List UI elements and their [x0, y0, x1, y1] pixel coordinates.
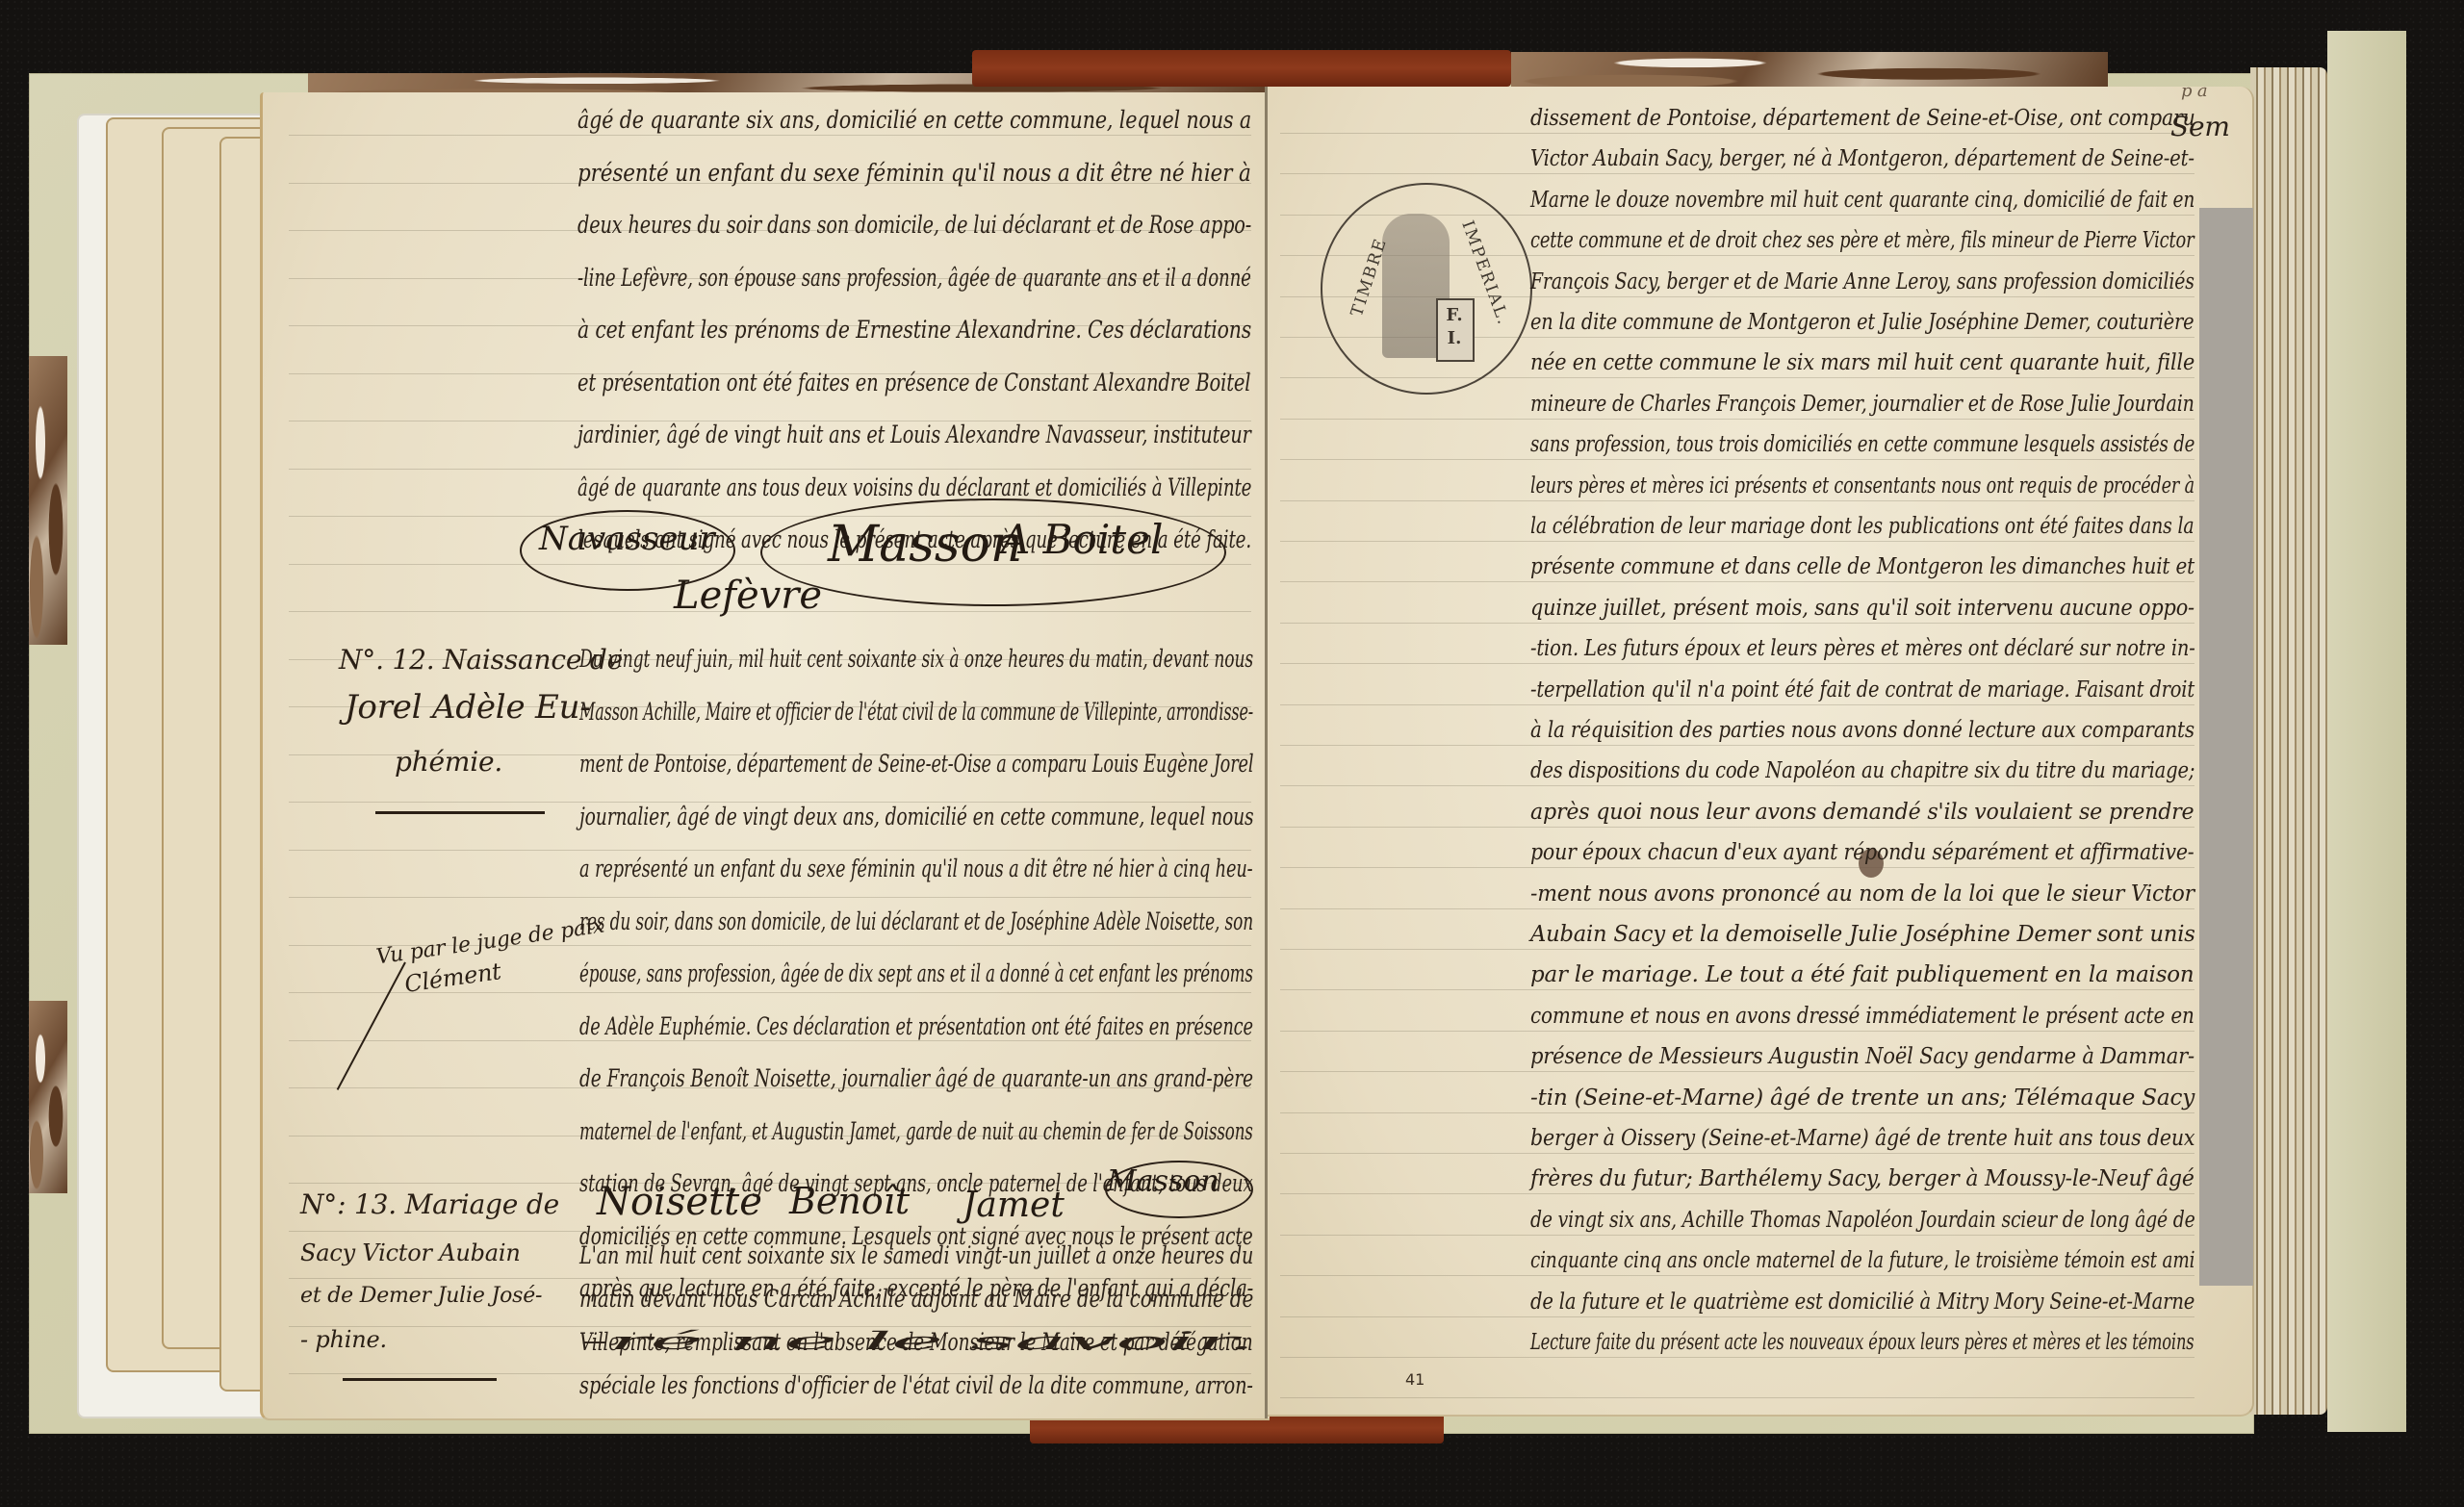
ruled-line [1280, 1316, 2194, 1317]
left-continuation-line: deux heures du soir dans son domicile, d… [577, 213, 1251, 237]
signature-jamet: Jamet [962, 1186, 1065, 1225]
entry-13-separator [343, 1378, 497, 1381]
entry-13-body-line: matin devant nous Carcan Achille adjoint… [579, 1287, 1253, 1311]
entry-13-name-line-1: Sacy Victor Aubain [300, 1241, 521, 1264]
signature-navasseur: Navasseur [539, 520, 715, 558]
entry-12-body-line: res du soir, dans son domicile, de lui d… [579, 909, 1253, 933]
ruled-line [1280, 908, 2194, 909]
ruled-line [1280, 1112, 2194, 1113]
right-page-line: leurs pères et mères ici présents et con… [1530, 475, 2194, 498]
entry-12-separator [375, 811, 545, 814]
right-page-line: Aubain Sacy et la demoiselle Julie Josép… [1530, 924, 2195, 946]
right-page-line: -ment nous avons prononcé au nom de la l… [1530, 883, 2194, 906]
signature-benoit: Benoît [789, 1180, 910, 1222]
folio-mark-note: p a [2181, 83, 2207, 100]
right-page-line: après quoi nous leur avons demandé s'ils… [1530, 802, 2194, 824]
left-continuation-line: présenté un enfant du sexe féminin qu'il… [577, 161, 1251, 185]
signature-noisette: Noisette [597, 1180, 762, 1224]
marbled-corner-left [29, 356, 67, 645]
right-page-line: quinze juillet, présent mois, sans qu'il… [1530, 598, 2194, 620]
ruled-line [1280, 827, 2194, 828]
entry-12-body-line: maternel de l'enfant, et Augustin Jamet,… [579, 1119, 1253, 1143]
ruled-line [1280, 949, 2194, 950]
right-page-line: -tin (Seine-et-Marne) âgé de trente un a… [1530, 1087, 2194, 1110]
entry-13-name-line-3: - phine. [300, 1328, 387, 1351]
ruled-line [1280, 1153, 2194, 1154]
ruled-line [289, 135, 1251, 136]
right-page-line: -tion. Les futurs époux et leurs pères e… [1530, 638, 2195, 660]
ruled-line [1280, 623, 2194, 624]
ruled-line [1280, 989, 2194, 990]
right-page-line: présente commune et dans celle de Montge… [1530, 556, 2194, 578]
right-page-line: Marne le douze novembre mil huit cent qu… [1530, 190, 2194, 212]
entry-12-name-line-1: Jorel Adèle Eu- [345, 691, 591, 724]
entry-12-body-line: de François Benoît Noisette, journalier … [579, 1066, 1253, 1090]
ruled-line [1280, 133, 2194, 134]
ruled-line [1280, 1193, 2194, 1194]
ruled-line [1280, 459, 2194, 460]
marbled-corner-top-right [1511, 52, 2108, 89]
left-continuation-line: jardinier, âgé de vingt huit ans et Loui… [577, 422, 1251, 447]
entry-12-body-line: journalier, âgé de vingt deux ans, domic… [579, 805, 1254, 829]
right-page-line: la célébration de leur mariage dont les … [1530, 516, 2194, 538]
right-page-line: cinquante cinq ans oncle maternel de la … [1530, 1250, 2194, 1272]
ruled-line [1280, 785, 2194, 786]
mount-right-edge [2327, 31, 2406, 1432]
left-continuation-line: -line Lefèvre, son épouse sans professio… [577, 266, 1251, 290]
entry-13-body-line: Villepinte, remplissant en l'absence de … [579, 1330, 1253, 1354]
timbre-imperial-stamp: TIMBRE IMPERIAL. F. I. [1321, 183, 1532, 395]
right-page-line: née en cette commune le six mars mil hui… [1530, 352, 2194, 374]
right-page-line: de vingt six ans, Achille Thomas Napoléo… [1530, 1210, 2195, 1232]
ruled-line [289, 1040, 1251, 1041]
folio-mark: Sem [2170, 114, 2230, 140]
ruled-line [1280, 745, 2194, 746]
right-page-line: frères du futur; Barthélemy Sacy, berger… [1530, 1168, 2194, 1190]
signature-lefevre: Lefèvre [674, 574, 822, 618]
signature-boitel: A Boitel [1001, 516, 1163, 563]
marbled-corner-left-bottom [29, 1001, 67, 1193]
signature-masson: Masson [828, 516, 1022, 574]
ruled-line [1280, 1235, 2194, 1236]
ruled-line [1280, 581, 2194, 582]
right-page-line: François Sacy, berger et de Marie Anne L… [1530, 271, 2194, 294]
right-page-line: en la dite commune de Montgeron et Julie… [1530, 312, 2194, 334]
ruled-line [1280, 663, 2194, 664]
right-page-line: pour époux chacun d'eux ayant répondu sé… [1530, 842, 2194, 864]
ruled-line [1280, 1275, 2194, 1276]
right-page-line: -terpellation qu'il n'a point été fait d… [1530, 679, 2194, 702]
entry-12-body-line: Masson Achille, Maire et officier de l'é… [579, 700, 1253, 724]
ruled-line [1280, 867, 2194, 868]
left-continuation-line: à cet enfant les prénoms de Ernestine Al… [577, 318, 1251, 342]
right-page-line: mineure de Charles François Demer, journ… [1530, 394, 2194, 416]
ruled-line [1280, 1071, 2194, 1072]
entry-13-body-line: spéciale les fonctions d'officier de l'é… [579, 1373, 1253, 1397]
entry-12-name-line-2: phémie. [395, 749, 502, 776]
ruled-line [1280, 541, 2194, 542]
right-page-line: à la réquisition des parties nous avons … [1530, 720, 2194, 742]
right-page-line: présence de Messieurs Augustin Noël Sacy… [1530, 1046, 2194, 1068]
ruled-line [1280, 419, 2194, 420]
ruled-line [289, 469, 1251, 470]
ruled-line [1280, 1031, 2194, 1032]
book-gutter [1265, 87, 1268, 1418]
left-continuation-line: âgé de quarante six ans, domicilié en ce… [577, 108, 1251, 132]
entry-13-body-line: L'an mil huit cent soixante six le samed… [579, 1243, 1253, 1267]
ruled-line [1280, 500, 2194, 501]
ruled-line [289, 850, 1251, 851]
entry-13-label: N°: 13. Mariage de [300, 1191, 559, 1218]
right-page-line: des dispositions du code Napoléon au cha… [1530, 760, 2194, 782]
right-page-line: par le mariage. Le tout a été fait publi… [1530, 964, 2194, 986]
entry-12-body-line: épouse, sans profession, âgée de dix sep… [579, 961, 1253, 985]
left-continuation-line: âgé de quarante ans tous deux voisins du… [577, 475, 1251, 499]
right-page-line: Lecture faite du présent acte les nouvea… [1530, 1332, 2194, 1354]
right-page-line: cette commune et de droit chez ses père … [1530, 230, 2194, 252]
page-number: 41 [1405, 1370, 1424, 1389]
signature-flourish-masson-2 [1105, 1161, 1253, 1218]
right-page-line: dissement de Pontoise, département de Se… [1530, 108, 2195, 130]
ruled-line [1280, 704, 2194, 705]
entry-12-body-line: de Adèle Euphémie. Ces déclaration et pr… [579, 1014, 1253, 1038]
entry-12-body-line: ment de Pontoise, département de Seine-e… [579, 752, 1253, 776]
grey-insert-tab [2199, 208, 2253, 1286]
ruled-line [1280, 1397, 2194, 1398]
page-stack-right [2250, 67, 2327, 1415]
right-page-line: berger à Oissery (Seine-et-Marne) âgé de… [1530, 1128, 2194, 1150]
entry-13-name-line-2: et de Demer Julie José- [300, 1286, 542, 1307]
left-continuation-line: et présentation ont été faites en présen… [577, 370, 1250, 395]
ruled-line [1280, 173, 2194, 174]
right-page-line: commune et nous en avons dressé immédiat… [1530, 1006, 2194, 1028]
right-page-line: Victor Aubain Sacy, berger, né à Montger… [1530, 148, 2194, 170]
right-page-line: sans profession, tous trois domiciliés e… [1530, 434, 2194, 456]
stamp-initials: F. I. [1442, 304, 1467, 350]
book-spine-top [972, 50, 1511, 87]
ruled-line [1280, 1357, 2194, 1358]
entry-12-body-line: Du vingt neuf juin, mil huit cent soixan… [579, 647, 1253, 671]
ruled-line [289, 897, 1251, 898]
entry-12-body-line: a représenté un enfant du sexe féminin q… [579, 856, 1253, 881]
right-page-line: de la future et le quatrième est domicil… [1530, 1291, 2194, 1314]
